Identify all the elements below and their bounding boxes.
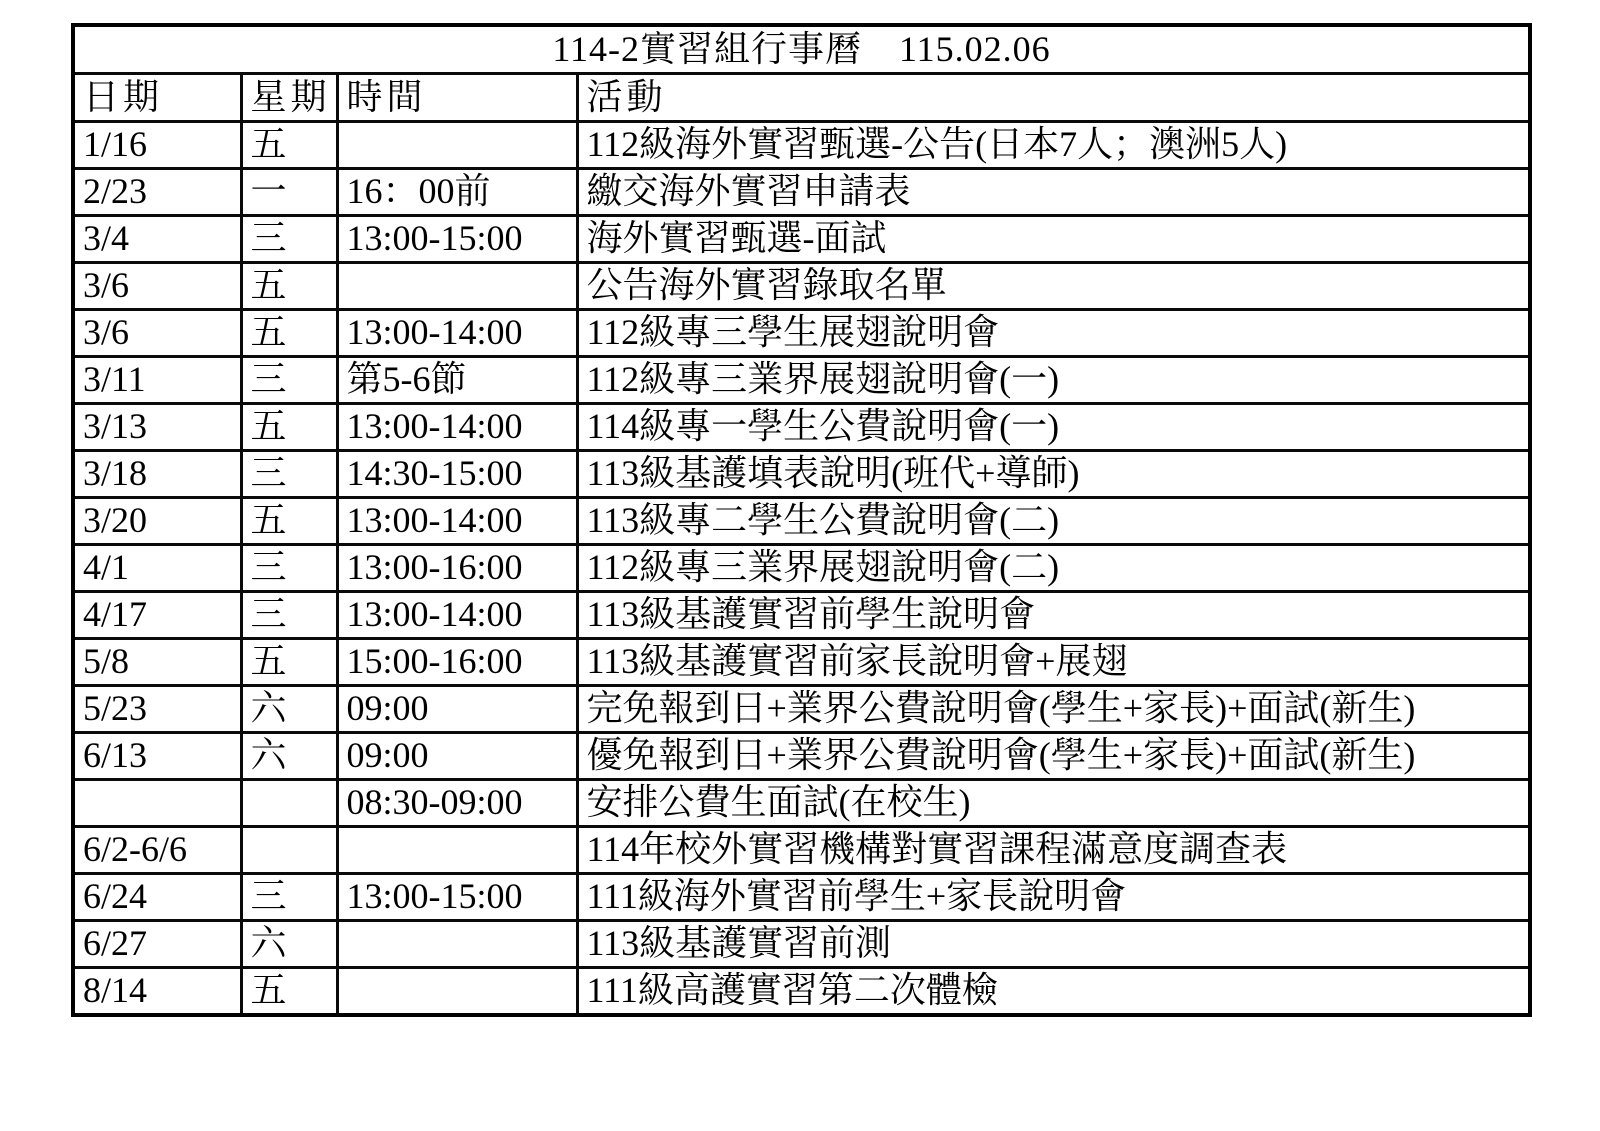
date-cell: 3/6	[73, 263, 241, 310]
table-row: 08:30-09:00 安排公費生面試(在校生)	[73, 780, 1530, 827]
date-cell: 3/11	[73, 357, 241, 404]
weekday-cell: 五	[241, 263, 337, 310]
date-cell: 1/16	[73, 122, 241, 169]
table-row: 6/27 六 113級基護實習前測	[73, 921, 1530, 968]
weekday-cell: 五	[241, 968, 337, 1016]
table-row: 5/8 五 15:00-16:00 113級基護實習前家長說明會+展翅	[73, 639, 1530, 686]
table-row: 6/2-6/6 114年校外實習機構對實習課程滿意度調查表	[73, 827, 1530, 874]
time-cell	[337, 921, 577, 968]
activity-cell: 112級專三業界展翅說明會(一)	[577, 357, 1530, 404]
activity-cell: 114年校外實習機構對實習課程滿意度調查表	[577, 827, 1530, 874]
date-cell: 6/24	[73, 874, 241, 921]
activity-cell: 112級專三學生展翅說明會	[577, 310, 1530, 357]
date-cell: 3/4	[73, 216, 241, 263]
table-row: 6/24 三 13:00-15:00 111級海外實習前學生+家長說明會	[73, 874, 1530, 921]
time-cell: 13:00-16:00	[337, 545, 577, 592]
activity-cell: 公告海外實習錄取名單	[577, 263, 1530, 310]
weekday-cell: 六	[241, 733, 337, 780]
weekday-cell	[241, 780, 337, 827]
time-cell: 13:00-15:00	[337, 216, 577, 263]
time-cell: 16：00前	[337, 169, 577, 216]
internship-calendar-table: 114-2實習組行事曆 115.02.06 日期 星期 時間 活動 1/16 五…	[71, 23, 1532, 1017]
activity-cell: 113級基護填表說明(班代+導師)	[577, 451, 1530, 498]
activity-cell: 113級基護實習前學生說明會	[577, 592, 1530, 639]
weekday-cell: 五	[241, 122, 337, 169]
column-header-weekday: 星期	[241, 74, 337, 122]
column-header-date: 日期	[73, 74, 241, 122]
activity-cell: 完免報到日+業界公費說明會(學生+家長)+面試(新生)	[577, 686, 1530, 733]
weekday-cell: 三	[241, 874, 337, 921]
time-cell: 09:00	[337, 686, 577, 733]
table-row: 4/17 三 13:00-14:00 113級基護實習前學生說明會	[73, 592, 1530, 639]
activity-cell: 113級專二學生公費說明會(二)	[577, 498, 1530, 545]
activity-cell: 繳交海外實習申請表	[577, 169, 1530, 216]
activity-cell: 海外實習甄選-面試	[577, 216, 1530, 263]
table-title: 114-2實習組行事曆 115.02.06	[73, 25, 1530, 74]
time-cell: 13:00-15:00	[337, 874, 577, 921]
table-row: 3/11 三 第5-6節 112級專三業界展翅說明會(一)	[73, 357, 1530, 404]
date-cell: 5/8	[73, 639, 241, 686]
column-header-activity: 活動	[577, 74, 1530, 122]
time-cell: 第5-6節	[337, 357, 577, 404]
activity-cell: 112級專三業界展翅說明會(二)	[577, 545, 1530, 592]
time-cell: 13:00-14:00	[337, 592, 577, 639]
date-cell: 8/14	[73, 968, 241, 1016]
time-cell	[337, 263, 577, 310]
table-row: 8/14 五 111級高護實習第二次體檢	[73, 968, 1530, 1016]
table-row: 1/16 五 112級海外實習甄選-公告(日本7人；澳洲5人)	[73, 122, 1530, 169]
weekday-cell	[241, 827, 337, 874]
time-cell	[337, 122, 577, 169]
table-row: 3/6 五 公告海外實習錄取名單	[73, 263, 1530, 310]
date-cell: 4/1	[73, 545, 241, 592]
weekday-cell: 五	[241, 639, 337, 686]
weekday-cell: 三	[241, 451, 337, 498]
activity-cell: 111級高護實習第二次體檢	[577, 968, 1530, 1016]
time-cell: 14:30-15:00	[337, 451, 577, 498]
date-cell: 6/13	[73, 733, 241, 780]
weekday-cell: 六	[241, 686, 337, 733]
table-row: 4/1 三 13:00-16:00 112級專三業界展翅說明會(二)	[73, 545, 1530, 592]
header-row: 日期 星期 時間 活動	[73, 74, 1530, 122]
time-cell: 15:00-16:00	[337, 639, 577, 686]
table-row: 3/13 五 13:00-14:00 114級專一學生公費說明會(一)	[73, 404, 1530, 451]
date-cell	[73, 780, 241, 827]
table-row: 3/20 五 13:00-14:00 113級專二學生公費說明會(二)	[73, 498, 1530, 545]
time-cell: 13:00-14:00	[337, 404, 577, 451]
table-row: 3/18 三 14:30-15:00 113級基護填表說明(班代+導師)	[73, 451, 1530, 498]
date-cell: 3/6	[73, 310, 241, 357]
activity-cell: 113級基護實習前家長說明會+展翅	[577, 639, 1530, 686]
date-cell: 3/20	[73, 498, 241, 545]
table-row: 5/23 六 09:00 完免報到日+業界公費說明會(學生+家長)+面試(新生)	[73, 686, 1530, 733]
activity-cell: 114級專一學生公費說明會(一)	[577, 404, 1530, 451]
weekday-cell: 三	[241, 592, 337, 639]
date-cell: 5/23	[73, 686, 241, 733]
activity-cell: 優免報到日+業界公費說明會(學生+家長)+面試(新生)	[577, 733, 1530, 780]
weekday-cell: 五	[241, 498, 337, 545]
activity-cell: 112級海外實習甄選-公告(日本7人；澳洲5人)	[577, 122, 1530, 169]
time-cell: 13:00-14:00	[337, 498, 577, 545]
weekday-cell: 六	[241, 921, 337, 968]
weekday-cell: 三	[241, 545, 337, 592]
weekday-cell: 三	[241, 216, 337, 263]
title-row: 114-2實習組行事曆 115.02.06	[73, 25, 1530, 74]
time-cell: 13:00-14:00	[337, 310, 577, 357]
activity-cell: 安排公費生面試(在校生)	[577, 780, 1530, 827]
date-cell: 2/23	[73, 169, 241, 216]
weekday-cell: 一	[241, 169, 337, 216]
table-row: 3/4 三 13:00-15:00 海外實習甄選-面試	[73, 216, 1530, 263]
date-cell: 6/27	[73, 921, 241, 968]
table-row: 3/6 五 13:00-14:00 112級專三學生展翅說明會	[73, 310, 1530, 357]
date-cell: 3/18	[73, 451, 241, 498]
weekday-cell: 五	[241, 404, 337, 451]
time-cell: 08:30-09:00	[337, 780, 577, 827]
weekday-cell: 五	[241, 310, 337, 357]
weekday-cell: 三	[241, 357, 337, 404]
date-cell: 4/17	[73, 592, 241, 639]
activity-cell: 113級基護實習前測	[577, 921, 1530, 968]
table-body: 1/16 五 112級海外實習甄選-公告(日本7人；澳洲5人) 2/23 一 1…	[73, 122, 1530, 1016]
date-cell: 6/2-6/6	[73, 827, 241, 874]
table-row: 6/13 六 09:00 優免報到日+業界公費說明會(學生+家長)+面試(新生)	[73, 733, 1530, 780]
time-cell: 09:00	[337, 733, 577, 780]
column-header-time: 時間	[337, 74, 577, 122]
time-cell	[337, 827, 577, 874]
time-cell	[337, 968, 577, 1016]
activity-cell: 111級海外實習前學生+家長說明會	[577, 874, 1530, 921]
date-cell: 3/13	[73, 404, 241, 451]
table-row: 2/23 一 16：00前 繳交海外實習申請表	[73, 169, 1530, 216]
scanned-document-page: 114-2實習組行事曆 115.02.06 日期 星期 時間 活動 1/16 五…	[0, 0, 1600, 1131]
